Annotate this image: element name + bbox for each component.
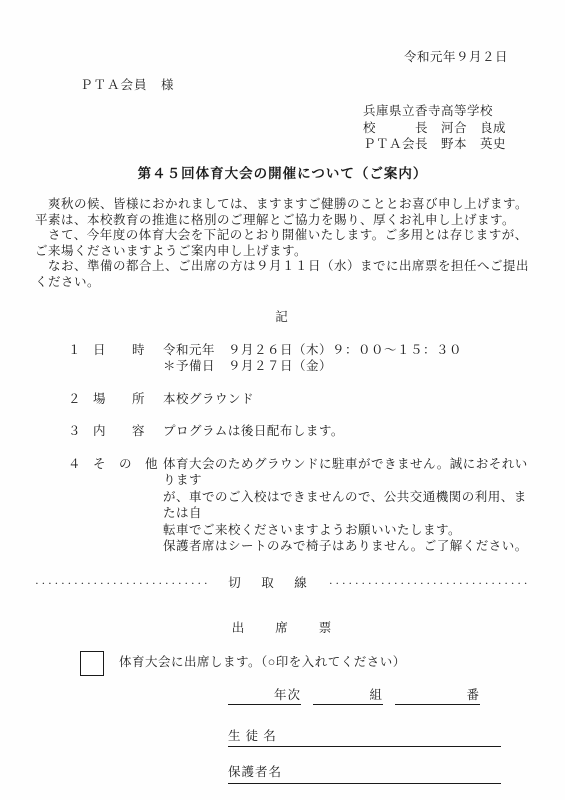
recipient-line: ＰＴＡ会員 様 <box>80 78 530 94</box>
item-label: 場 所 <box>93 391 163 408</box>
sender-school: 兵庫県立香寺高等学校 <box>363 103 530 120</box>
item-content-line: ＊予備日 ９月２７日（金） <box>163 358 530 375</box>
item-label: 内 容 <box>93 423 163 440</box>
cut-line-dots-right: ······························· <box>329 576 530 592</box>
item-content-line: 保護者席はシートのみで椅子はありません。ご了解ください。 <box>163 538 530 555</box>
item-number: １ <box>68 342 93 375</box>
item-content: 体育大会のためグラウンドに駐車ができません。誠におそれいります が、車でのご入校… <box>163 456 530 555</box>
body-line: 爽秋の候、皆様におかれましては、ますますご健勝のこととお喜び申し上げます。 <box>35 197 530 213</box>
guardian-name-field[interactable]: 保護者名 <box>228 765 501 784</box>
student-name-field[interactable]: 生 徒 名 <box>228 729 501 748</box>
body-line: 平素は、本校教育の推進に格別のご理解とご協力を賜り、厚くお礼申し上げます。 <box>35 213 530 229</box>
student-name-label: 生 徒 名 <box>228 729 277 743</box>
document-page: 令和元年９月２日 ＰＴＡ会員 様 兵庫県立香寺高等学校 校 長 河合 良成 ＰＴ… <box>0 0 565 800</box>
sender-principal: 校 長 河合 良成 <box>363 120 530 137</box>
list-item-datetime: １ 日 時 令和元年 ９月２６日（木）９：００～１５：３０ ＊予備日 ９月２７日… <box>68 342 530 375</box>
cut-line-label: 切 取 線 <box>228 576 311 592</box>
student-id-fields-row: 年次 組 番 <box>228 689 530 705</box>
item-content-line: プログラムは後日配布します。 <box>163 423 530 440</box>
item-content-line: 転車でご来校くださいますようお願いいたします。 <box>163 522 530 539</box>
sender-pta-chair: ＰＴＡ会長 野本 英史 <box>363 136 530 153</box>
item-number: ２ <box>68 391 93 408</box>
document-date: 令和元年９月２日 <box>35 50 530 66</box>
attendance-checkbox[interactable] <box>80 651 104 676</box>
item-content: 本校グラウンド <box>163 391 530 408</box>
sender-block: 兵庫県立香寺高等学校 校 長 河合 良成 ＰＴＡ会長 野本 英史 <box>363 103 530 153</box>
grade-field[interactable]: 年次 <box>228 688 301 705</box>
item-number: ３ <box>68 423 93 440</box>
item-content-line: 体育大会のためグラウンドに駐車ができません。誠におそれいります <box>163 456 530 489</box>
item-label: そ の 他 <box>93 456 163 555</box>
item-label: 日 時 <box>93 342 163 375</box>
guardian-name-label: 保護者名 <box>228 765 282 779</box>
list-item-place: ２ 場 所 本校グラウンド <box>68 391 530 408</box>
number-field-label: 番 <box>466 688 480 704</box>
item-number: ４ <box>68 456 93 555</box>
item-content: プログラムは後日配布します。 <box>163 423 530 440</box>
document-title: 第４５回体育大会の開催について（ご案内） <box>35 166 530 182</box>
list-item-contents: ３ 内 容 プログラムは後日配布します。 <box>68 423 530 440</box>
attendance-checkbox-row: 体育大会に出席します。（○印を入れてください） <box>80 651 530 676</box>
body-line: ご来場くださいますようご案内申し上げます。 <box>35 244 530 260</box>
item-content-line: 本校グラウンド <box>163 391 530 408</box>
item-content-line: 令和元年 ９月２６日（木）９：００～１５：３０ <box>163 342 530 359</box>
cut-line-dots-left: ··························· <box>35 576 210 592</box>
item-content: 令和元年 ９月２６日（木）９：００～１５：３０ ＊予備日 ９月２７日（金） <box>163 342 530 375</box>
ki-heading: 記 <box>35 310 530 326</box>
cut-line: ··························· 切 取 線 ······… <box>35 576 530 592</box>
body-line: さて、今年度の体育大会を下記のとおり開催いたします。ご多用とは存じますが、 <box>35 228 530 244</box>
body-line: なお、準備の都合上、ご出席の方は９月１１日（水）までに出席票を担任へご提出 <box>35 259 530 275</box>
grade-field-label: 年次 <box>274 688 301 704</box>
item-content-line: が、車でのご入校はできませんので、公共交通機関の利用、または自 <box>163 489 530 522</box>
class-field[interactable]: 組 <box>313 688 383 705</box>
attendance-slip-title: 出 席 票 <box>35 621 530 637</box>
attendance-checkbox-label: 体育大会に出席します。（○印を入れてください） <box>119 655 406 671</box>
class-field-label: 組 <box>369 688 383 704</box>
body-text: 爽秋の候、皆様におかれましては、ますますご健勝のこととお喜び申し上げます。 平素… <box>35 197 530 290</box>
number-field[interactable]: 番 <box>395 688 480 705</box>
list-item-other: ４ そ の 他 体育大会のためグラウンドに駐車ができません。誠におそれいります … <box>68 456 530 555</box>
body-line: ください。 <box>35 275 530 291</box>
